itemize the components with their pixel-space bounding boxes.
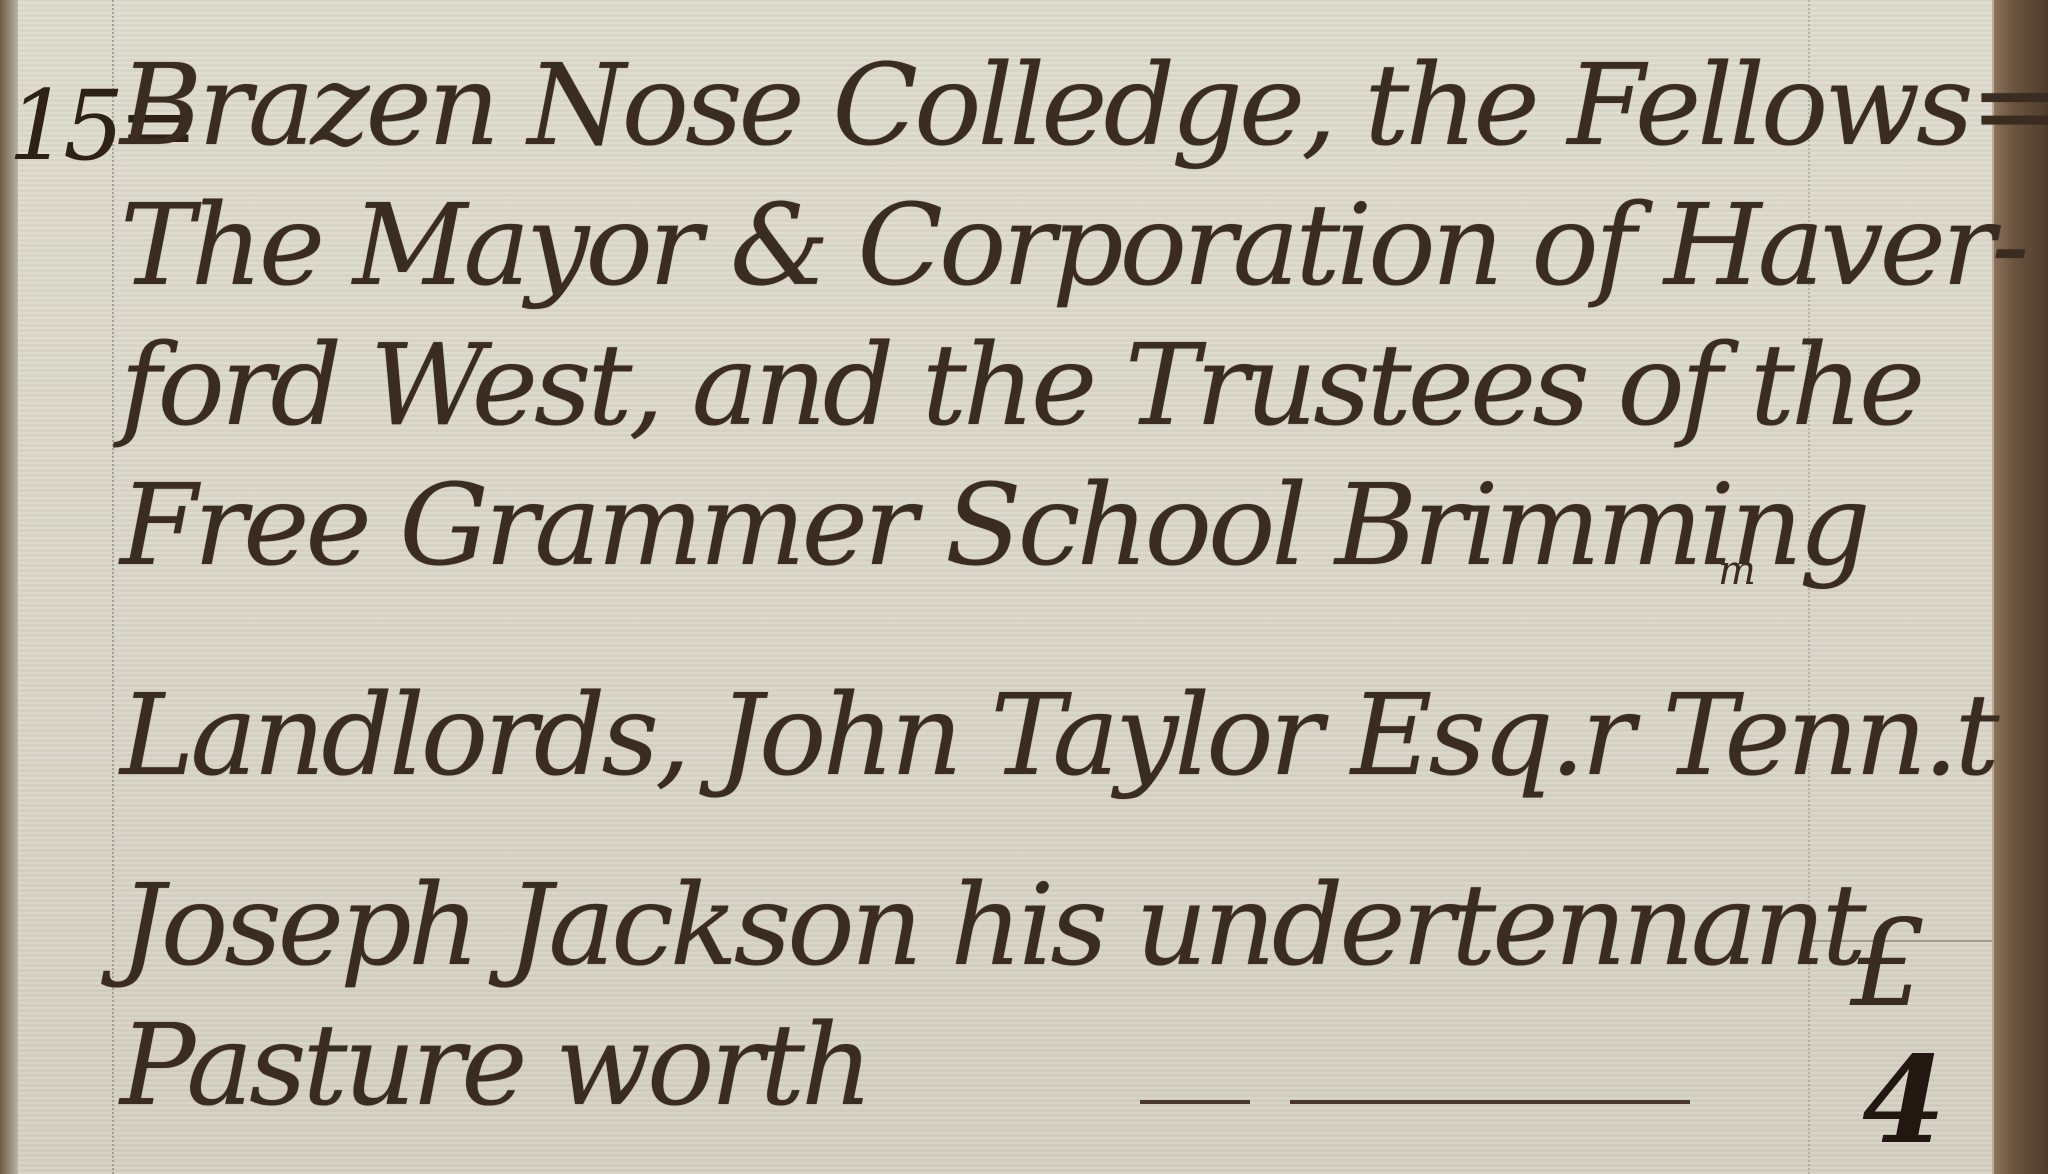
fill-dash-1 [1140,1100,1250,1104]
manuscript-line-3: ford West, and the Trustees of the [120,330,1921,442]
pound-sign: £ [1850,895,1926,1034]
manuscript-line-6: Joseph Jackson his undertennant [120,870,1863,982]
amount-value: 4 [1862,1030,1946,1171]
manuscript-line-7: Pasture worth [120,1010,869,1122]
manuscript-line-4: Free Grammer School Brimming [120,470,1867,582]
manuscript-line-2: The Mayor & Corporation of Haver- [120,190,2025,302]
fill-dash-2 [1290,1100,1690,1104]
manuscript-line-5: Landlords, John Taylor Esq.r Tenn.t [120,680,1996,792]
manuscript-line-1: Brazen Nose Colledge, the Fellows= [120,50,2048,162]
page-right-edge [1992,0,2048,1174]
manuscript-photo: 15= Brazen Nose Colledge, the Fellows= T… [0,0,2048,1174]
superscript-m: m [1718,548,1756,594]
